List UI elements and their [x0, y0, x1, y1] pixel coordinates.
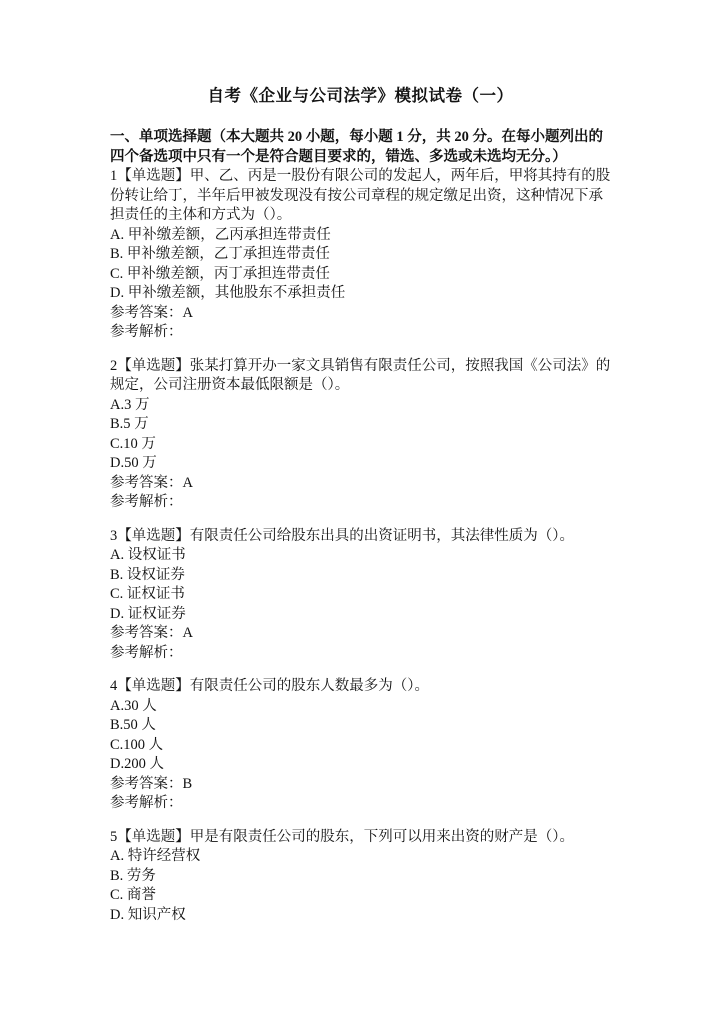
- reference-analysis-label: 参考解析：: [110, 324, 183, 340]
- question-block-2: 2【单选题】张某打算开办一家文具销售有限责任公司，按照我国《公司法》的 规定，公…: [110, 357, 625, 513]
- question-stem: 3【单选题】有限责任公司给股东出具的出资证明书，其法律性质为（）。: [110, 527, 625, 547]
- reference-answer-line: 参考答案：A: [110, 474, 625, 494]
- option-d: D. 知识产权: [110, 906, 625, 926]
- option-b: B. 设权证券: [110, 566, 625, 586]
- option-a: A. 特许经营权: [110, 847, 625, 867]
- reference-analysis-label: 参考解析：: [110, 645, 183, 661]
- option-d: D.200 人: [110, 755, 625, 775]
- option-a: A. 甲补缴差额，乙丙承担连带责任: [110, 226, 625, 246]
- option-c: C. 甲补缴差额，丙丁承担连带责任: [110, 265, 625, 285]
- option-d: D. 甲补缴差额，其他股东不承担责任: [110, 284, 625, 304]
- question-block-4: 4【单选题】有限责任公司的股东人数最多为（）。 A.30 人 B.50 人 C.…: [110, 677, 625, 814]
- option-b: B.5 万: [110, 415, 625, 435]
- reference-analysis-line: 参考解析：: [110, 323, 625, 343]
- section-header: 一、单项选择题（本大题共 20 小题，每小题 1 分，共 20 分。在每小题列出…: [110, 128, 625, 167]
- question-stem: 1【单选题】甲、乙、丙是一股份有限公司的发起人，两年后，甲将其持有的股 份转让给…: [110, 167, 625, 226]
- option-d: D.50 万: [110, 454, 625, 474]
- exam-document-page: 自考《企业与公司法学》模拟试卷（一） 一、单项选择题（本大题共 20 小题，每小…: [0, 0, 721, 1020]
- option-a: A.30 人: [110, 697, 625, 717]
- option-b: B. 劳务: [110, 867, 625, 887]
- option-b: B.50 人: [110, 716, 625, 736]
- question-block-3: 3【单选题】有限责任公司给股东出具的出资证明书，其法律性质为（）。 A. 设权证…: [110, 527, 625, 664]
- option-c: C. 证权证书: [110, 585, 625, 605]
- reference-answer-value: A: [183, 305, 193, 321]
- reference-answer-value: A: [183, 625, 193, 641]
- reference-answer-line: 参考答案：B: [110, 775, 625, 795]
- option-c: C. 商誉: [110, 886, 625, 906]
- question-stem: 2【单选题】张某打算开办一家文具销售有限责任公司，按照我国《公司法》的 规定，公…: [110, 357, 625, 396]
- reference-analysis-line: 参考解析：: [110, 644, 625, 664]
- reference-answer-value: B: [183, 776, 193, 792]
- reference-answer-label: 参考答案：: [110, 475, 183, 491]
- option-d: D. 证权证券: [110, 605, 625, 625]
- reference-answer-label: 参考答案：: [110, 776, 183, 792]
- question-stem: 5【单选题】甲是有限责任公司的股东，下列可以用来出资的财产是（）。: [110, 828, 625, 848]
- option-c: C.10 万: [110, 435, 625, 455]
- reference-answer-label: 参考答案：: [110, 305, 183, 321]
- question-stem: 4【单选题】有限责任公司的股东人数最多为（）。: [110, 677, 625, 697]
- reference-answer-value: A: [183, 475, 193, 491]
- page-title: 自考《企业与公司法学》模拟试卷（一）: [110, 87, 611, 105]
- option-b: B. 甲补缴差额，乙丁承担连带责任: [110, 245, 625, 265]
- option-a: A.3 万: [110, 396, 625, 416]
- reference-answer-label: 参考答案：: [110, 625, 183, 641]
- question-block-5: 5【单选题】甲是有限责任公司的股东，下列可以用来出资的财产是（）。 A. 特许经…: [110, 828, 625, 926]
- question-block-1: 1【单选题】甲、乙、丙是一股份有限公司的发起人，两年后，甲将其持有的股 份转让给…: [110, 167, 625, 343]
- option-c: C.100 人: [110, 736, 625, 756]
- reference-analysis-label: 参考解析：: [110, 494, 183, 510]
- reference-analysis-line: 参考解析：: [110, 493, 625, 513]
- reference-analysis-line: 参考解析：: [110, 794, 625, 814]
- option-a: A. 设权证书: [110, 546, 625, 566]
- reference-analysis-label: 参考解析：: [110, 795, 183, 811]
- reference-answer-line: 参考答案：A: [110, 624, 625, 644]
- reference-answer-line: 参考答案：A: [110, 304, 625, 324]
